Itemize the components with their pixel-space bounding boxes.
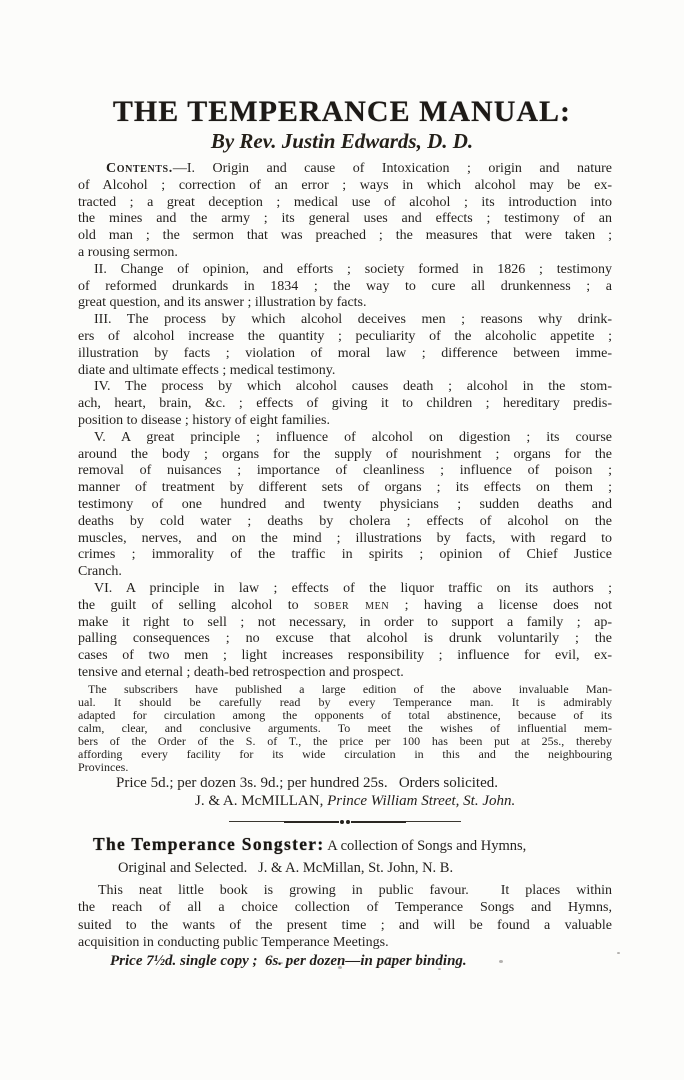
divider-dot: [346, 820, 350, 824]
text-line: cases of two men ; light increases respo…: [78, 648, 612, 665]
scan-speck: [499, 960, 503, 963]
text-line: Price 5d.; per dozen 3s. 9d.; per hundre…: [78, 775, 612, 793]
text-line: old man ; the sermon that was preached ;…: [78, 228, 612, 245]
text-line: Cranch.: [78, 564, 612, 581]
text-segment: ; having a license does not: [389, 598, 612, 613]
text-segment: The Temperance Songster:: [93, 834, 324, 854]
text-segment: —I. Origin and cause of Intoxication ; o…: [173, 161, 612, 176]
text-segment: ers of alcohol increase the quantity ; p…: [78, 329, 612, 344]
text-segment: great question, and its answer ; illustr…: [78, 295, 367, 310]
text-segment: the guilt of selling alcohol to: [78, 598, 314, 613]
text-segment: A collection of Songs and Hymns,: [324, 838, 526, 854]
document-page: THE TEMPERANCE MANUAL: By Rev. Justin Ed…: [0, 0, 684, 1080]
divider-line-right-thin: [406, 821, 461, 822]
divider-line-right: [351, 821, 406, 823]
scan-speck: [386, 957, 392, 959]
text-segment: cases of two men ; light increases respo…: [78, 648, 612, 663]
text-segment: muscles, nerves, and on the mind ; illus…: [78, 531, 612, 546]
text-segment: Cranch.: [78, 564, 122, 579]
text-line: affording every facility for its wide ci…: [78, 748, 612, 761]
text-segment: acquisition in conducting public Tempera…: [78, 935, 389, 950]
text-segment: deaths by cold water ; deaths by cholera…: [78, 514, 612, 529]
scan-speck: [278, 962, 283, 964]
text-segment: position to disease ; history of eight f…: [78, 413, 330, 428]
text-line: J. & A. McMILLAN, Prince William Street,…: [78, 793, 612, 811]
text-line: illustration by facts ; violation of mor…: [78, 346, 612, 363]
text-line: Provinces.: [78, 761, 612, 774]
text-line: tracted ; a great deception ; medical us…: [78, 195, 612, 212]
byline: By Rev. Justin Edwards, D. D.: [0, 128, 684, 155]
text-segment: tracted ; a great deception ; medical us…: [78, 195, 612, 210]
text-line: diate and ultimate effects ; medical tes…: [78, 363, 612, 380]
text-segment: The subscribers have published a large e…: [88, 682, 612, 696]
text-line: III. The process by which alcohol deceiv…: [78, 312, 612, 329]
text-segment: suited to the wants of the present time …: [78, 918, 612, 933]
text-line: of reformed drunkards in 1834 ; the way …: [78, 279, 612, 296]
text-line: VI. A principle in law ; effects of the …: [78, 581, 612, 598]
text-line: position to disease ; history of eight f…: [78, 413, 612, 430]
text-segment: VI. A principle in law ; effects of the …: [94, 581, 612, 596]
text-segment: ach, heart, brain, &c. ; effects of givi…: [78, 396, 612, 411]
text-segment: manner of treatment by different sets of…: [78, 480, 612, 495]
text-line: muscles, nerves, and on the mind ; illus…: [78, 531, 612, 548]
contents-part-2: II. Change of opinion, and efforts ; soc…: [78, 262, 612, 312]
text-segment: Contents.: [106, 161, 173, 176]
text-line: the guilt of selling alcohol to sober me…: [78, 598, 612, 615]
text-segment: tensive and eternal ; death-bed retrospe…: [78, 665, 404, 680]
text-segment: bers of the Order of the S. of T., the p…: [78, 734, 612, 748]
text-line: ach, heart, brain, &c. ; effects of givi…: [78, 396, 612, 413]
publisher-line: J. & A. McMILLAN, Prince William Street,…: [78, 793, 612, 811]
text-segment: the reach of all a choice collection of …: [78, 900, 612, 915]
text-segment: crimes ; immorality of the traffic in sp…: [78, 547, 612, 562]
text-line: V. A great principle ; influence of alco…: [78, 430, 612, 447]
contents-part-1: Contents.—I. Origin and cause of Intoxic…: [78, 161, 612, 262]
divider-dot: [340, 820, 344, 824]
text-line: the mines and the army ; its general use…: [78, 211, 612, 228]
text-segment: III. The process by which alcohol deceiv…: [94, 312, 612, 327]
text-line: suited to the wants of the present time …: [78, 917, 612, 934]
text-segment: Original and Selected. J. & A. McMillan,…: [118, 860, 453, 876]
text-segment: Prince William Street, St. John.: [327, 793, 515, 809]
songster-subheading: Original and Selected. J. & A. McMillan,…: [78, 859, 612, 877]
text-line: the reach of all a choice collection of …: [78, 899, 612, 916]
text-line: The Temperance Songster: A collection of…: [78, 832, 612, 859]
divider-line-left: [284, 821, 339, 823]
text-line: palling consequences ; no excuse that al…: [78, 631, 612, 648]
text-segment: sober men: [314, 598, 389, 613]
text-line: Price 7½d. single copy ; 6s. per dozen—i…: [78, 952, 612, 970]
page-title: THE TEMPERANCE MANUAL:: [0, 95, 684, 129]
text-line: acquisition in conducting public Tempera…: [78, 934, 612, 951]
section-divider: [229, 820, 461, 824]
text-line: of Alcohol ; correction of an error ; wa…: [78, 178, 612, 195]
text-segment: the mines and the army ; its general use…: [78, 211, 612, 226]
text-line: Contents.—I. Origin and cause of Intoxic…: [78, 161, 612, 178]
text-segment: calm, clear, and conclusive arguments. T…: [78, 721, 612, 735]
text-segment: This neat little book is growing in publ…: [98, 883, 612, 898]
text-segment: palling consequences ; no excuse that al…: [78, 631, 612, 646]
text-segment: testimony of one hundred and twenty phys…: [78, 497, 612, 512]
text-segment: old man ; the sermon that was preached ;…: [78, 228, 612, 243]
text-line: tensive and eternal ; death-bed retrospe…: [78, 665, 612, 682]
text-segment: Price 5d.; per dozen 3s. 9d.; per hundre…: [116, 775, 498, 791]
songster-description: This neat little book is growing in publ…: [78, 882, 612, 952]
manual-contents-section: Contents.—I. Origin and cause of Intoxic…: [78, 161, 612, 811]
text-line: testimony of one hundred and twenty phys…: [78, 497, 612, 514]
text-line: deaths by cold water ; deaths by cholera…: [78, 514, 612, 531]
divider-line-left-thin: [229, 821, 284, 822]
text-line: IV. The process by which alcohol causes …: [78, 379, 612, 396]
text-line: ers of alcohol increase the quantity ; p…: [78, 329, 612, 346]
text-line: II. Change of opinion, and efforts ; soc…: [78, 262, 612, 279]
songster-price-line: Price 7½d. single copy ; 6s. per dozen—i…: [78, 952, 612, 970]
text-segment: illustration by facts ; violation of mor…: [78, 346, 612, 361]
text-segment: IV. The process by which alcohol causes …: [94, 379, 612, 394]
contents-part-5: V. A great principle ; influence of alco…: [78, 430, 612, 581]
songster-heading: The Temperance Songster: A collection of…: [78, 832, 612, 859]
text-line: This neat little book is growing in publ…: [78, 882, 612, 899]
contents-part-4: IV. The process by which alcohol causes …: [78, 379, 612, 429]
scan-speck: [438, 968, 441, 970]
text-segment: adapted for circulation among the oppone…: [78, 708, 612, 722]
subscribers-note: The subscribers have published a large e…: [78, 683, 612, 774]
contents-part-3: III. The process by which alcohol deceiv…: [78, 312, 612, 379]
text-segment: of reformed drunkards in 1834 ; the way …: [78, 279, 612, 294]
text-segment: around the body ; organs for the supply …: [78, 447, 612, 462]
text-line: a rousing sermon.: [78, 245, 612, 262]
text-line: make it right to sell ; not necessary, i…: [78, 615, 612, 632]
text-line: around the body ; organs for the supply …: [78, 447, 612, 464]
scan-speck: [338, 966, 342, 969]
text-segment: Provinces.: [78, 760, 128, 774]
contents-part-6: VI. A principle in law ; effects of the …: [78, 581, 612, 682]
text-segment: diate and ultimate effects ; medical tes…: [78, 363, 335, 378]
text-segment: ual. It should be carefully read by ever…: [78, 695, 612, 709]
text-segment: II. Change of opinion, and efforts ; soc…: [94, 262, 612, 277]
text-segment: V. A great principle ; influence of alco…: [94, 430, 612, 445]
text-segment: make it right to sell ; not necessary, i…: [78, 615, 612, 630]
text-line: Original and Selected. J. & A. McMillan,…: [78, 859, 612, 877]
text-segment: Price 7½d. single copy ; 6s. per dozen—i…: [110, 953, 467, 969]
text-line: great question, and its answer ; illustr…: [78, 295, 612, 312]
text-line: removal of nuisances ; importance of cle…: [78, 463, 612, 480]
text-segment: a rousing sermon.: [78, 245, 178, 260]
text-segment: affording every facility for its wide ci…: [78, 747, 612, 761]
price-line: Price 5d.; per dozen 3s. 9d.; per hundre…: [78, 775, 612, 793]
text-line: crimes ; immorality of the traffic in sp…: [78, 547, 612, 564]
text-segment: J. & A. McMILLAN,: [195, 793, 327, 809]
text-segment: of Alcohol ; correction of an error ; wa…: [78, 178, 612, 193]
text-segment: removal of nuisances ; importance of cle…: [78, 463, 612, 478]
text-column: Contents.—I. Origin and cause of Intoxic…: [78, 161, 612, 970]
text-line: manner of treatment by different sets of…: [78, 480, 612, 497]
scan-speck: [617, 952, 620, 954]
songster-section: The Temperance Songster: A collection of…: [78, 832, 612, 971]
